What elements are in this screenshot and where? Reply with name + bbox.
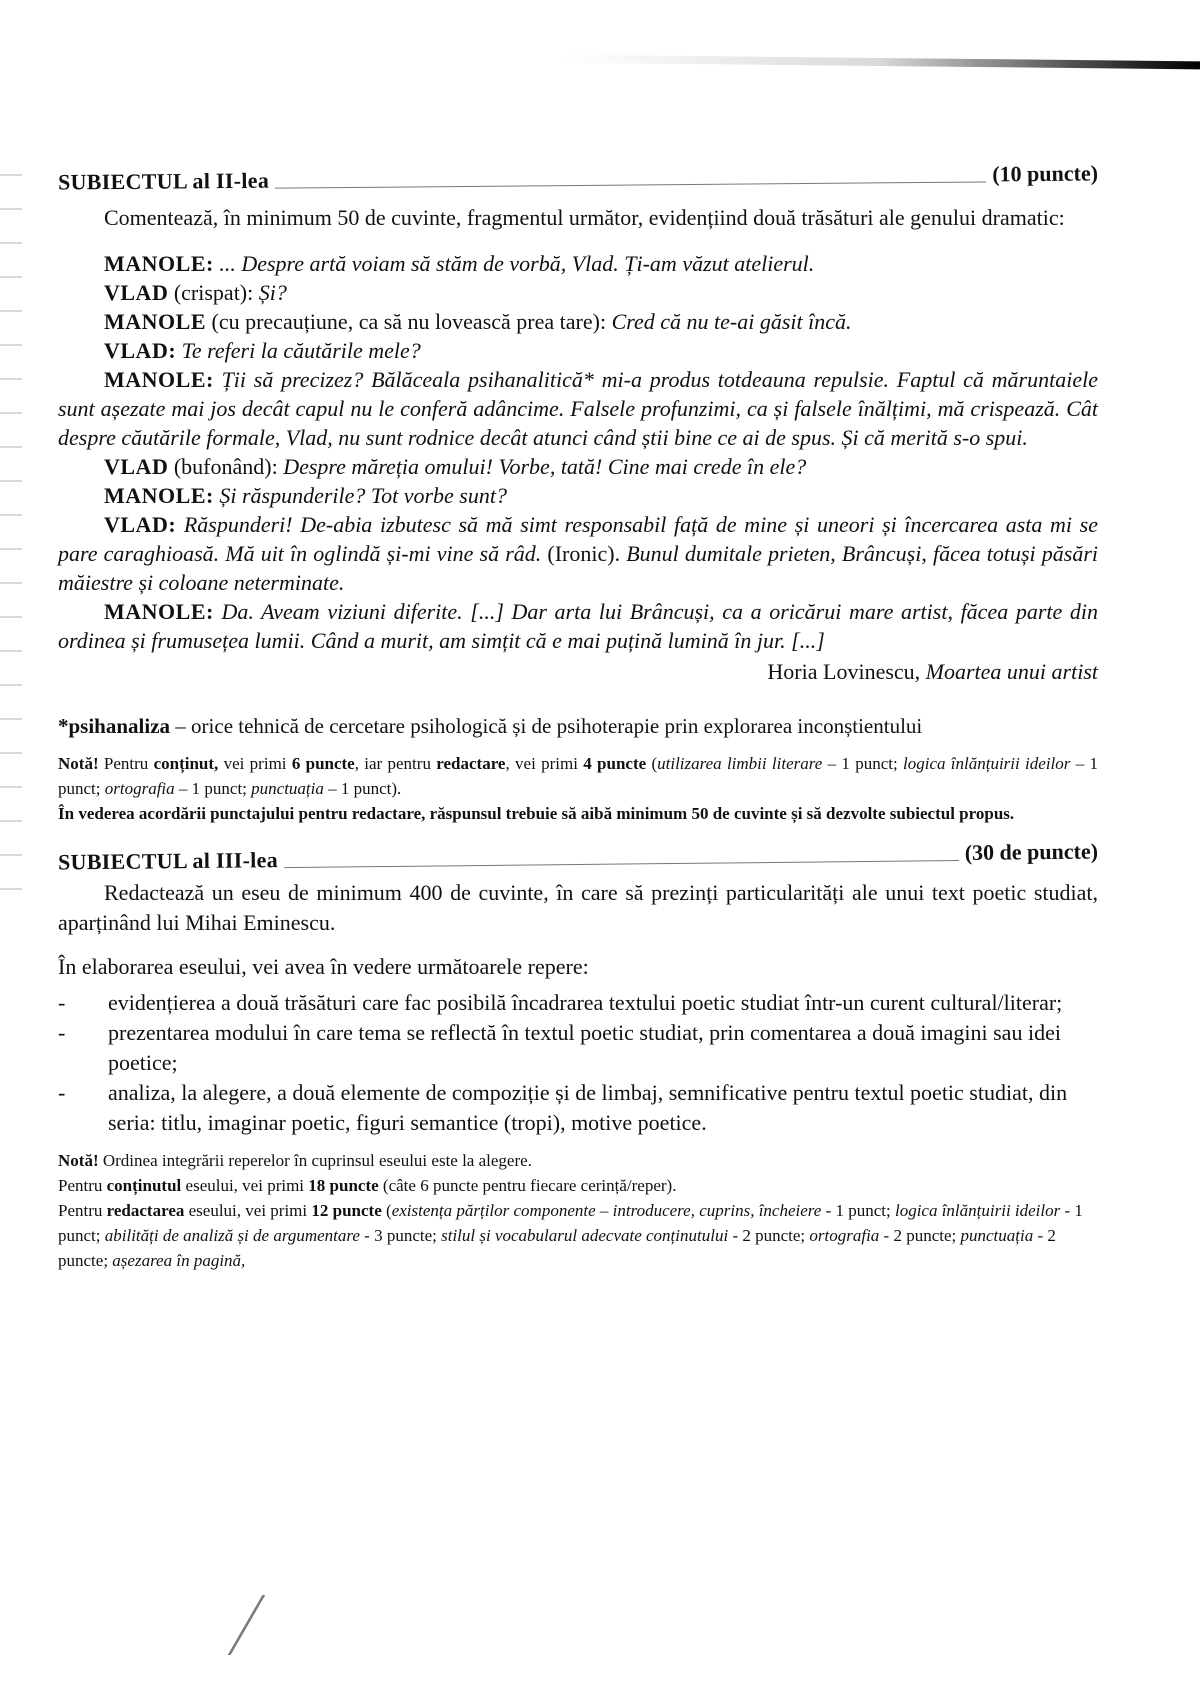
note-text: Pentru <box>58 1201 107 1220</box>
pen-mark <box>228 1595 306 1655</box>
note-italic: punctuația <box>961 1226 1034 1245</box>
stage-direction: (crispat): <box>168 280 258 305</box>
subject2-instruction: Comentează, în minimum 50 de cuvinte, fr… <box>58 203 1098 233</box>
note-rule: În vederea acordării punctajului pentru … <box>58 804 1014 823</box>
note-text: , iar pentru <box>355 754 437 773</box>
subject2-header: SUBIECTUL al II-lea (10 puncte) <box>58 160 1098 195</box>
stage-direction: (bufonând): <box>168 454 283 479</box>
footnote: *psihanaliza – orice tehnică de cercetar… <box>58 711 1098 741</box>
note-text: – 1 punct; <box>822 754 903 773</box>
note-text: - 3 puncte; <box>360 1226 441 1245</box>
speaker: MANOLE: <box>104 599 214 624</box>
scan-shadow <box>560 55 1200 70</box>
subject2-points: (10 puncte) <box>992 160 1098 187</box>
note-bold: 4 puncte <box>583 754 646 773</box>
note-text: – 1 punct; <box>175 779 252 798</box>
replica: Și răspunderile? Tot vorbe sunt? <box>214 483 507 508</box>
note-text: - 2 puncte; <box>879 1226 960 1245</box>
note-label: Notă! <box>58 754 99 773</box>
dialogue-line: MANOLE: ... Despre artă voiam să stăm de… <box>58 249 1098 278</box>
note-italic: abilități de analiză și de argumentare <box>105 1226 360 1245</box>
speaker: VLAD: <box>104 338 176 363</box>
header-rule <box>275 181 986 188</box>
dialogue-line: VLAD: Răspunderi! De-abia izbutesc să mă… <box>58 510 1098 597</box>
replica: Cred că nu te-ai găsit încă. <box>612 309 852 334</box>
note-italic: punctuația <box>251 779 324 798</box>
note-italic: existența părților componente – introduc… <box>392 1201 822 1220</box>
subject2-note: Notă! Pentru conținut, vei primi 6 punct… <box>58 751 1098 826</box>
guidelines-intro: În elaborarea eseului, vei avea în veder… <box>58 952 1098 982</box>
note-text: - 1 punct; <box>821 1201 895 1220</box>
note-text: , vei primi <box>505 754 583 773</box>
speaker: MANOLE: <box>104 483 214 508</box>
speaker: VLAD <box>104 454 168 479</box>
note-italic: așezarea în pagină, <box>112 1251 245 1270</box>
dialogue-line: MANOLE (cu precauțiune, ca să nu loveasc… <box>58 307 1098 336</box>
note-text: - 2 puncte; <box>728 1226 809 1245</box>
note-text: vei primi <box>218 754 292 773</box>
stage-direction: (cu precauțiune, ca să nu lovească prea … <box>206 309 612 334</box>
guideline-item: - analiza, la alegere, a două elemente d… <box>58 1078 1098 1138</box>
dialogue-line: VLAD (bufonând): Despre măreția omului! … <box>58 452 1098 481</box>
replica: Despre măreția omului! Vorbe, tată! Cine… <box>283 454 806 479</box>
footnote-text: – orice tehnică de cercetare psihologică… <box>170 714 922 738</box>
note-bold: 6 puncte <box>292 754 355 773</box>
note-text: eseului, vei primi <box>181 1176 308 1195</box>
guideline-text: evidențierea a două trăsături care fac p… <box>108 988 1098 1018</box>
guideline-text: prezentarea modului în care tema se refl… <box>108 1018 1098 1078</box>
subject3-header: SUBIECTUL al III-lea (30 de puncte) <box>58 839 1098 876</box>
speaker: MANOLE: <box>104 367 214 392</box>
bullet-dash: - <box>58 1078 108 1138</box>
bullet-dash: - <box>58 988 108 1018</box>
note-label: Notă! <box>58 1151 99 1170</box>
stage-direction: (Ironic). <box>541 541 626 566</box>
speaker: VLAD <box>104 280 168 305</box>
speaker: MANOLE <box>104 309 206 334</box>
guidelines-list: - evidențierea a două trăsături care fac… <box>58 988 1098 1138</box>
note-italic: logica înlănțuirii ideilor <box>895 1201 1060 1220</box>
note-text: Ordinea integrării reperelor în cuprinsu… <box>99 1151 532 1170</box>
subject2-title: SUBIECTUL al II-lea <box>58 168 269 196</box>
note-italic: ortografia <box>809 1226 879 1245</box>
note-bold: redactarea <box>107 1201 185 1220</box>
note-content: Pentru conținutul eseului, vei primi 18 … <box>58 1173 1098 1198</box>
note-bold: conținut, <box>154 754 219 773</box>
note-text: (câte 6 puncte pentru fiecare cerință/re… <box>379 1176 677 1195</box>
note-text: eseului, vei primi <box>184 1201 311 1220</box>
replica: ... Despre artă voiam să stăm de vorbă, … <box>219 251 814 276</box>
replica: Da. Aveam viziuni diferite. [...] Dar ar… <box>58 599 1098 653</box>
replica: Și? <box>259 280 287 305</box>
note-order: Notă! Ordinea integrării reperelor în cu… <box>58 1148 1098 1173</box>
note-bold: redactare <box>436 754 505 773</box>
scan-left-edge <box>0 160 22 920</box>
note-bold: conținutul <box>107 1176 182 1195</box>
guideline-text: analiza, la alegere, a două elemente de … <box>108 1078 1098 1138</box>
note-redaction: Pentru redactarea eseului, vei primi 12 … <box>58 1198 1098 1273</box>
note-bold: 12 puncte <box>311 1201 381 1220</box>
footnote-term: *psihanaliza <box>58 714 170 738</box>
note-italic: utilizarea limbii literare <box>657 754 822 773</box>
note-italic: ortografia <box>105 779 175 798</box>
replica: Te referi la căutările mele? <box>176 338 421 363</box>
subject3-points: (30 de puncte) <box>965 839 1098 866</box>
note-italic: stilul și vocabularul adecvate conținutu… <box>441 1226 728 1245</box>
note-text: ( <box>646 754 657 773</box>
source-author: Horia Lovinescu, <box>767 659 925 684</box>
source-citation: Horia Lovinescu, Moartea unui artist <box>58 659 1098 685</box>
note-text: ( <box>382 1201 392 1220</box>
exam-page: SUBIECTUL al II-lea (10 puncte) Comentea… <box>58 165 1098 1273</box>
replica: Ții să precizez? Bălăceala psihanalitică… <box>58 367 1098 450</box>
speaker: VLAD: <box>104 512 176 537</box>
subject3-title: SUBIECTUL al III-lea <box>58 847 278 875</box>
dialogue-line: VLAD (crispat): Și? <box>58 278 1098 307</box>
dialogue-line: MANOLE: Da. Aveam viziuni diferite. [...… <box>58 597 1098 655</box>
subject3: SUBIECTUL al III-lea (30 de puncte) Reda… <box>58 844 1098 1273</box>
note-text: – 1 punct). <box>324 779 401 798</box>
dialogue-fragment: MANOLE: ... Despre artă voiam să stăm de… <box>58 249 1098 685</box>
note-text: Pentru <box>58 1176 107 1195</box>
guideline-item: - prezentarea modului în care tema se re… <box>58 1018 1098 1078</box>
note-text: Pentru <box>99 754 154 773</box>
guideline-item: - evidențierea a două trăsături care fac… <box>58 988 1098 1018</box>
dialogue-line: VLAD: Te referi la căutările mele? <box>58 336 1098 365</box>
note-bold: 18 puncte <box>308 1176 378 1195</box>
dialogue-line: MANOLE: Ții să precizez? Bălăceala psiha… <box>58 365 1098 452</box>
speaker: MANOLE: <box>104 251 214 276</box>
bullet-dash: - <box>58 1018 108 1078</box>
subject3-note: Notă! Ordinea integrării reperelor în cu… <box>58 1148 1098 1273</box>
header-rule <box>284 860 959 868</box>
source-title: Moartea unui artist <box>926 659 1098 684</box>
subject3-instruction: Redactează un eseu de minimum 400 de cuv… <box>58 878 1098 938</box>
note-italic: logica înlănțuirii ideilor <box>903 754 1070 773</box>
dialogue-line: MANOLE: Și răspunderile? Tot vorbe sunt? <box>58 481 1098 510</box>
